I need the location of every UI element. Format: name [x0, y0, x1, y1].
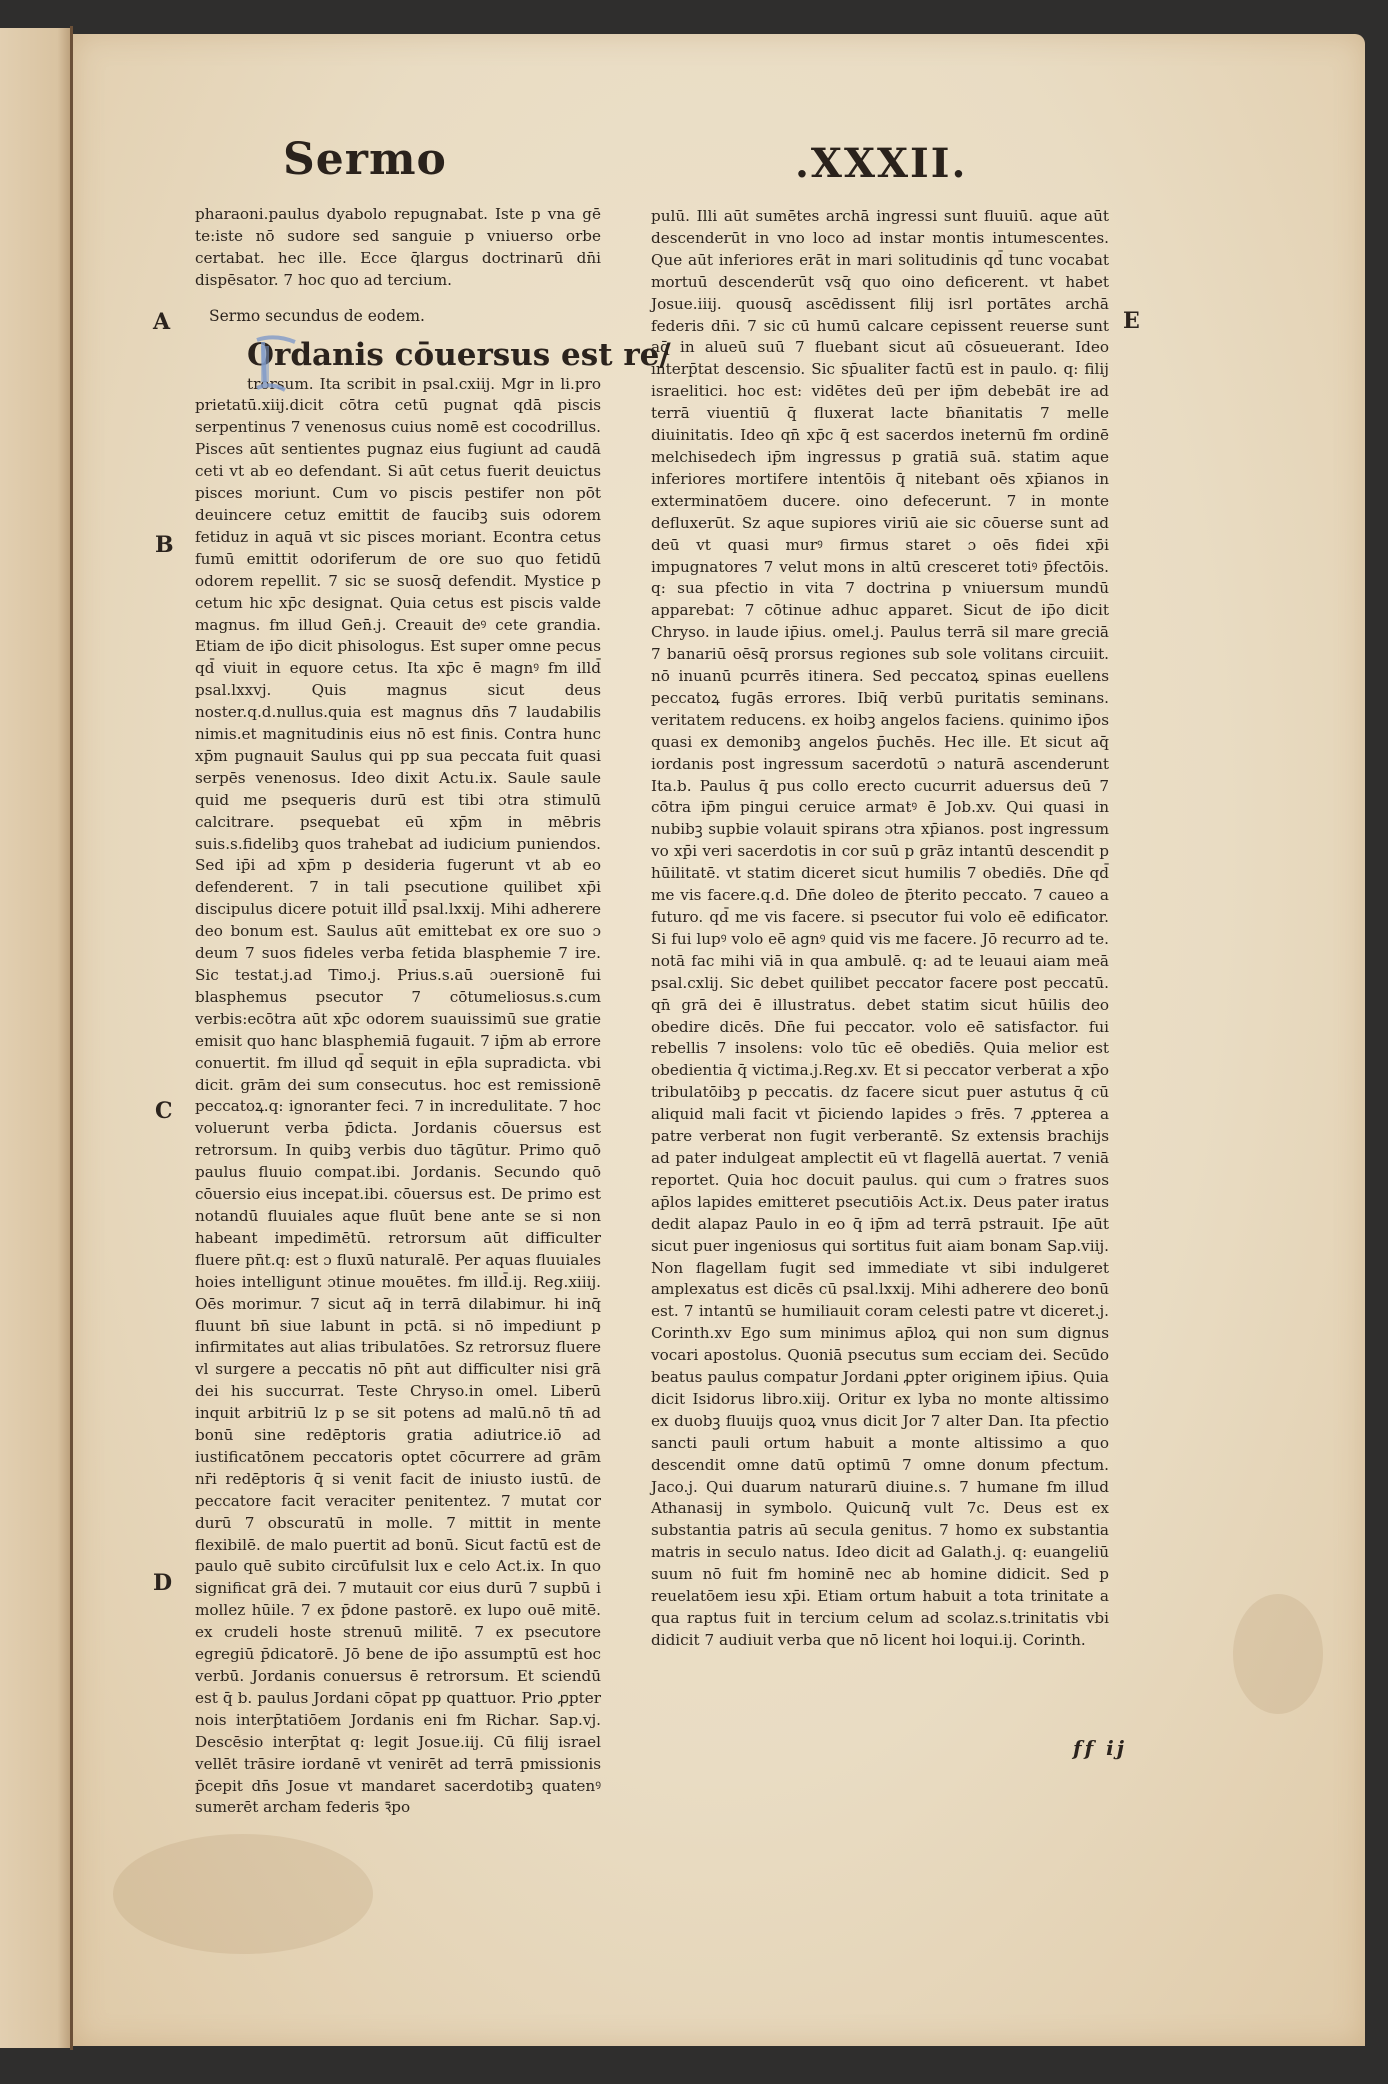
- running-head-folio: .XXXII.: [795, 140, 967, 187]
- running-head-left: Sermo: [283, 134, 447, 185]
- margin-letter-a: A: [153, 309, 170, 335]
- incipit-line: Ordanis cōuersus est re/: [247, 338, 601, 372]
- right-column: pulū. Illi aūt sumētes archā ingressi su…: [651, 206, 1109, 1652]
- section-heading: Sermo secundus de eodem.: [209, 306, 601, 328]
- sermon-body-right: pulū. Illi aūt sumētes archā ingressi su…: [651, 206, 1109, 1652]
- book-page: Sermo .XXXII. pharaoni.paulus dyabolo re…: [73, 34, 1365, 2046]
- margin-letter-d: D: [153, 1570, 172, 1596]
- paper-stain: [1233, 1594, 1323, 1714]
- carryover-text: pharaoni.paulus dyabolo repugnabat. Iste…: [195, 204, 601, 292]
- margin-letter-e: E: [1123, 308, 1140, 334]
- sermon-body-left: trorsum. Ita scribit in psal.cxiij. Mgr …: [195, 374, 601, 1820]
- facing-page-edge: [0, 28, 72, 2048]
- margin-letter-c: C: [155, 1098, 173, 1124]
- margin-letter-b: B: [155, 532, 174, 558]
- decorated-initial-i-icon: [255, 332, 297, 392]
- paper-stain: [113, 1834, 373, 1954]
- signature-mark: ff ij: [1073, 1736, 1127, 1760]
- left-column: pharaoni.paulus dyabolo repugnabat. Iste…: [195, 204, 601, 1819]
